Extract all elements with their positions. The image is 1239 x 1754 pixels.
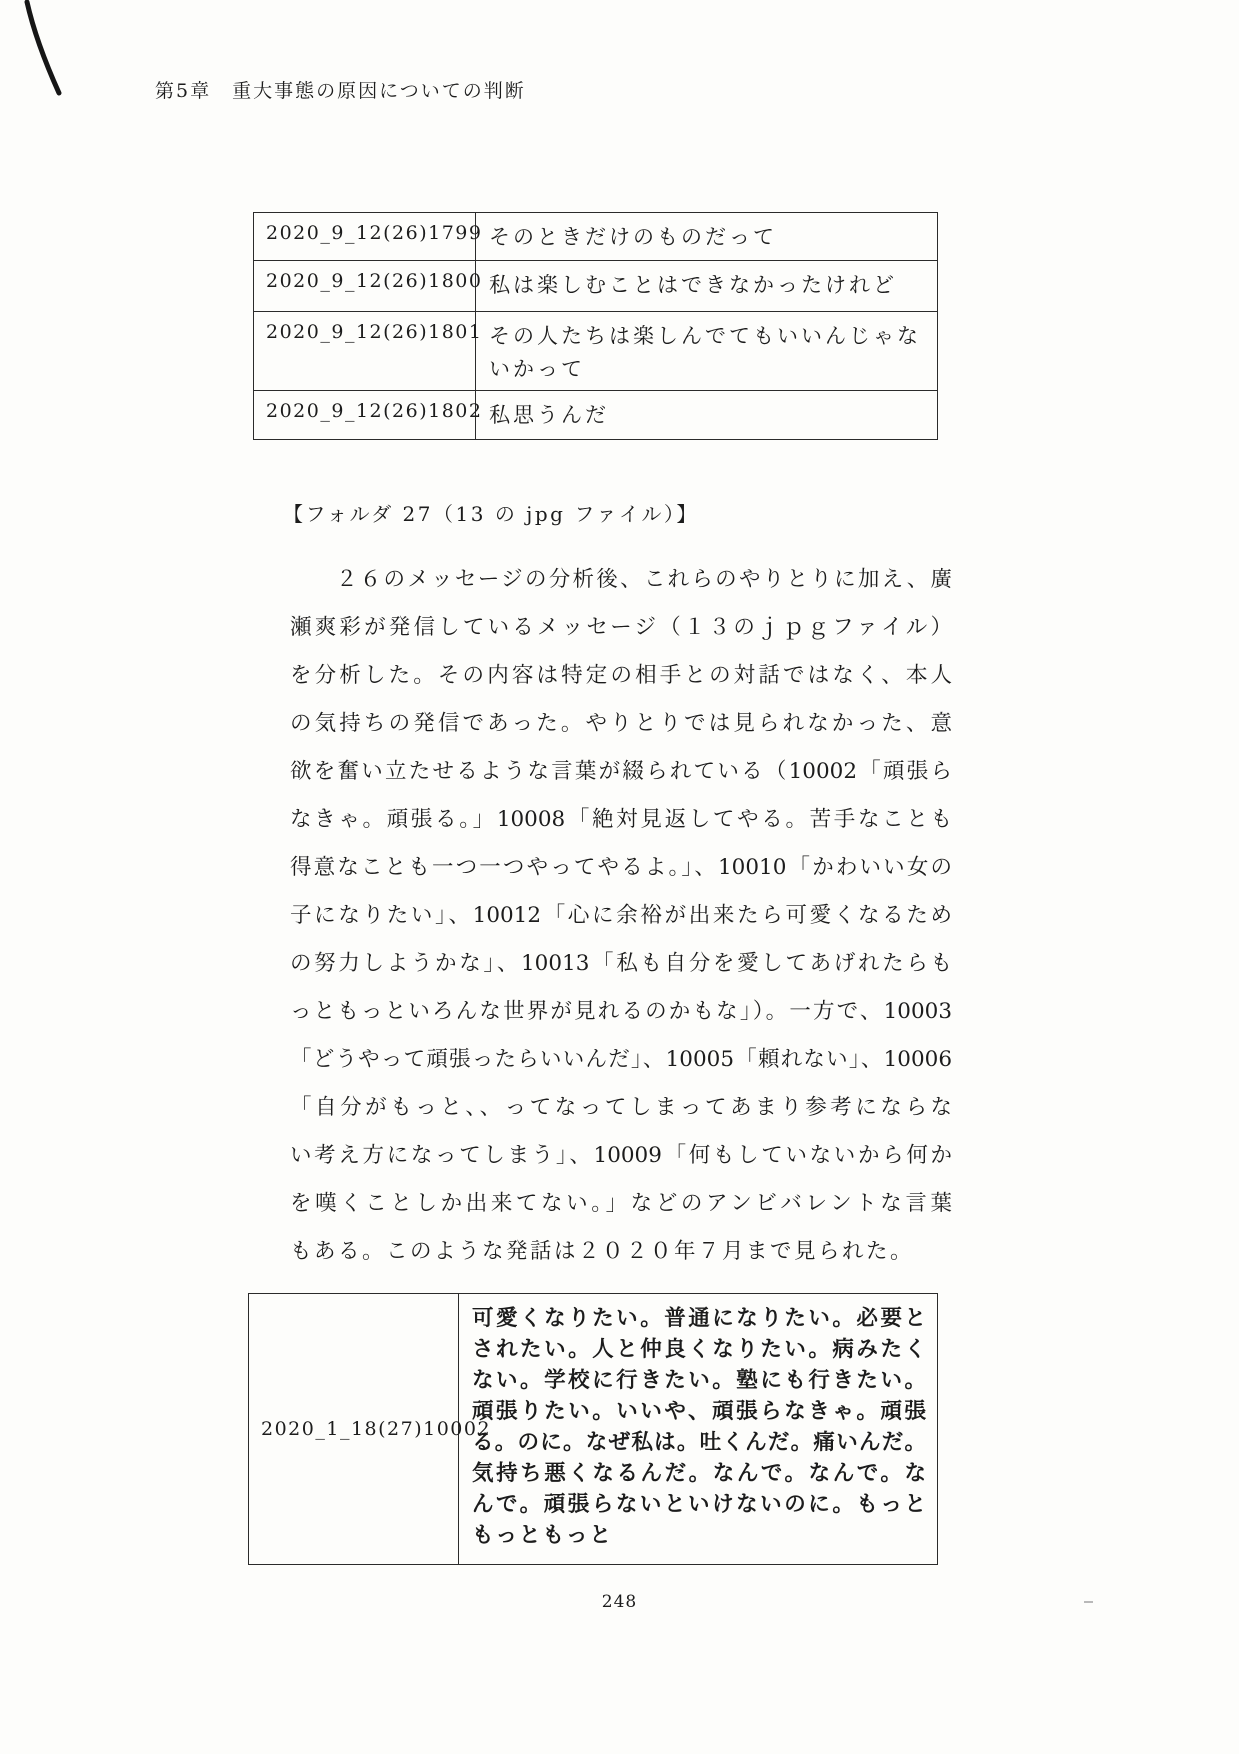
- paragraph-line: を嘆くことしか出来てない。」などのアンビバレントな言葉: [290, 1180, 952, 1228]
- message-id-cell: 2020_9_12(26)1800: [254, 261, 476, 311]
- body-paragraph: ２６のメッセージの分析後、これらのやりとりに加え、廣 瀬爽彩が発信しているメッセ…: [290, 556, 952, 1276]
- paragraph-line: 得意なことも一つ一つやってやるよ。」、10010「かわいい女の: [290, 844, 952, 892]
- paragraph-line: 「自分がもっと、、ってなってしまってあまり参考にならな: [290, 1084, 952, 1132]
- paragraph-line: 欲を奮い立たせるような言葉が綴られている（10002「頑張ら: [290, 748, 952, 796]
- paragraph-line: 瀬爽彩が発信しているメッセージ（１３のｊｐｇファイル）: [290, 604, 952, 652]
- chapter-header: 第5章 重大事態の原因についての判断: [155, 76, 526, 103]
- paragraph-line: なきゃ。頑張る。」10008「絶対見返してやる。苦手なことも: [290, 796, 952, 844]
- scan-artifact-mark: [0, 0, 90, 110]
- message-text-line: ない。学校に行きたい。塾にも行きたい。: [472, 1365, 927, 1396]
- page-number: 248: [0, 1592, 1239, 1612]
- paragraph-line: っともっといろんな世界が見れるのかもな」）。一方で、10003: [290, 988, 952, 1036]
- paragraph-line: 「どうやって頑張ったらいいんだ」、10005「頼れない」、10006: [290, 1036, 952, 1084]
- message-text-cell: 可愛くなりたい。普通になりたい。必要と されたい。人と仲良くなりたい。病みたく …: [459, 1294, 937, 1564]
- message-text-cell: そのときだけのものだって: [476, 213, 937, 260]
- message-text-line: んで。頑張らないといけないのに。もっと: [472, 1489, 927, 1520]
- message-text-line: る。のに。なぜ私は。吐くんだ。痛いんだ。: [472, 1427, 927, 1458]
- message-text-line: 気持ち悪くなるんだ。なんで。なんで。な: [472, 1458, 927, 1489]
- section-heading: 【フォルダ 27（13 の jpg ファイル）】: [283, 498, 699, 527]
- message-table-folder26: 2020_9_12(26)1799 そのときだけのものだって 2020_9_12…: [253, 212, 938, 440]
- message-text-line: 可愛くなりたい。普通になりたい。必要と: [472, 1303, 927, 1334]
- paragraph-line: 子になりたい」、10012「心に余裕が出来たら可愛くなるため: [290, 892, 952, 940]
- message-text-line: もっともっと: [472, 1520, 927, 1551]
- paragraph-line: い考え方になってしまう」、10009「何もしていないから何か: [290, 1132, 952, 1180]
- message-text-line: 頑張りたい。いいや、頑張らなきゃ。頑張: [472, 1396, 927, 1427]
- table-row: 2020_9_12(26)1799 そのときだけのものだって: [254, 213, 937, 261]
- table-row: 2020_1_18(27)10002 可愛くなりたい。普通になりたい。必要と さ…: [249, 1294, 937, 1564]
- message-id-cell: 2020_9_12(26)1801: [254, 312, 476, 390]
- document-page: 第5章 重大事態の原因についての判断 2020_9_12(26)1799 そのと…: [0, 0, 1239, 1754]
- paragraph-line: ２６のメッセージの分析後、これらのやりとりに加え、廣: [290, 556, 952, 604]
- message-id-cell: 2020_9_12(26)1802: [254, 391, 476, 439]
- message-id-cell: 2020_9_12(26)1799: [254, 213, 476, 260]
- message-text-cell: 私思うんだ: [476, 391, 937, 439]
- paragraph-line: を分析した。その内容は特定の相手との対話ではなく、本人: [290, 652, 952, 700]
- table-row: 2020_9_12(26)1800 私は楽しむことはできなかったけれど: [254, 261, 937, 312]
- paragraph-line: の気持ちの発信であった。やりとりでは見られなかった、意: [290, 700, 952, 748]
- paragraph-line: もある。このような発話は２０２０年７月まで見られた。: [290, 1228, 952, 1276]
- message-text-cell: その人たちは楽しんでてもいいんじゃないかって: [476, 312, 937, 390]
- message-text-cell: 私は楽しむことはできなかったけれど: [476, 261, 937, 311]
- table-row: 2020_9_12(26)1801 その人たちは楽しんでてもいいんじゃないかって: [254, 312, 937, 391]
- table-row: 2020_9_12(26)1802 私思うんだ: [254, 391, 937, 439]
- message-id-cell: 2020_1_18(27)10002: [249, 1294, 459, 1564]
- message-table-folder27: 2020_1_18(27)10002 可愛くなりたい。普通になりたい。必要と さ…: [248, 1293, 938, 1565]
- paragraph-line: の努力しようかな」、10013「私も自分を愛してあげれたらも: [290, 940, 952, 988]
- message-text-line: されたい。人と仲良くなりたい。病みたく: [472, 1334, 927, 1365]
